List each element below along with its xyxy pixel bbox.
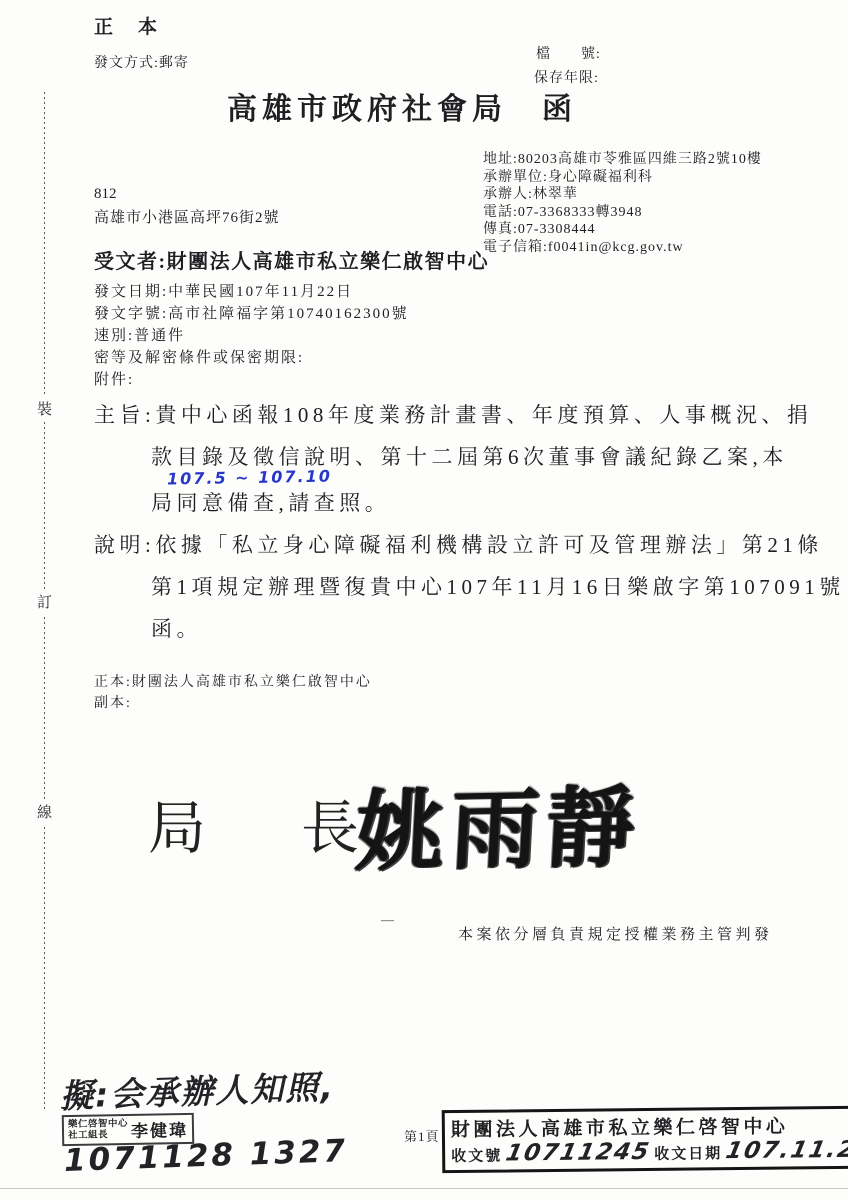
agency-phone: 電話:07-3368333轉3948: [483, 204, 762, 222]
receipt-date-label: 收文日期: [654, 1142, 722, 1164]
description-line-1: 說明:依據「私立身心障礙福利機構設立許可及管理辦法」第21條: [94, 529, 823, 559]
copy-type-label: 正 本: [94, 12, 160, 39]
subject-line-3: 局同意備查,請查照。: [151, 487, 390, 517]
handwritten-note: 擬:会承辦人知照,: [59, 1061, 335, 1118]
document-meta-block: 發文日期:中華民國107年11月22日 發文字號:高市社障福字第10740162…: [94, 281, 409, 391]
recipient-line: 受文者:財團法人高雄市私立樂仁啟智中心: [94, 245, 489, 274]
description-line-3: 函。: [151, 613, 202, 643]
binding-char-zhuang: 裝: [37, 396, 52, 421]
issue-number: 發文字號:高市社障福字第10740162300號: [94, 303, 409, 325]
director-signature: 局長 姚雨靜: [148, 760, 641, 886]
agency-contact-person: 承辦人:林翠華: [483, 186, 762, 204]
recipient-address: 高雄市小港區高坪76街2號: [94, 206, 280, 227]
receipt-number-label: 收文號: [451, 1145, 502, 1167]
receipt-stamp-details: 收文號 10711245 收文日期 107.11.28: [451, 1137, 843, 1167]
document-title: 高雄市政府社會局 函: [227, 84, 577, 128]
page-number: 第1頁: [404, 1126, 440, 1145]
security-class: 密等及解密條件或保密期限:: [94, 347, 409, 369]
attachment-label: 附件:: [94, 369, 409, 391]
scan-dash-mark: —: [381, 912, 394, 928]
carbon-copy-line: 副本:: [94, 693, 372, 714]
staff-stamp-role: 社工組長: [68, 1130, 108, 1141]
delegation-note: 本案依分層負責規定授權業務主管判發: [458, 923, 773, 944]
binding-char-xian: 線: [37, 799, 52, 824]
signature-name-calligraphy: 姚雨靜: [353, 758, 645, 889]
staff-stamp-org: 樂仁啓智中心: [68, 1119, 128, 1130]
receipt-stamp-box: 財團法人高雄市私立樂仁啓智中心 收文號 10711245 收文日期 107.11…: [442, 1106, 848, 1173]
agency-unit: 承辦單位:身心障礙福利科: [483, 169, 762, 187]
distribution-block: 正本:財團法人高雄市私立樂仁啟智中心 副本:: [94, 672, 372, 714]
agency-fax: 傳真:07-3308444: [483, 221, 762, 239]
delivery-method: 發文方式:郵寄: [94, 52, 189, 72]
binding-char-ding: 訂: [37, 589, 52, 614]
recipient-postal-code: 812: [94, 186, 117, 203]
subject-line-2: 款目錄及徵信說明、第十二屆第6次董事會議紀錄乙案,本: [151, 441, 788, 471]
agency-contact-block: 地址:80203高雄市苓雅區四維三路2號10樓 承辦單位:身心障礙福利科 承辦人…: [483, 151, 762, 256]
speed-class: 速別:普通件: [94, 325, 409, 347]
subject-line-1: 主旨:貴中心函報108年度業務計畫書、年度預算、人事概況、捐: [94, 399, 812, 429]
footer-scan-line: [0, 1188, 848, 1189]
original-copy-line: 正本:財團法人高雄市私立樂仁啟智中心: [94, 672, 372, 693]
issue-date: 發文日期:中華民國107年11月22日: [94, 281, 409, 303]
handwritten-blue-annotation: 107.5 ~ 107.10: [167, 467, 332, 489]
description-line-2: 第1項規定辦理暨復貴中心107年11月16日樂啟字第107091號: [151, 571, 845, 601]
receipt-date-handwritten: 107.11.28: [724, 1137, 848, 1165]
file-number-label: 檔 號:: [536, 43, 601, 63]
staff-stamp-org-role: 樂仁啓智中心 社工組長: [68, 1119, 128, 1141]
receipt-number-handwritten: 10711245: [504, 1139, 653, 1167]
scanned-official-letter: 裝 訂 線 正 本 發文方式:郵寄 檔 號: 保存年限: 高雄市政府社會局 函 …: [0, 0, 848, 1200]
agency-email: 電子信箱:f0041in@kcg.gov.tw: [483, 239, 762, 257]
agency-address: 地址:80203高雄市苓雅區四維三路2號10樓: [483, 151, 762, 169]
